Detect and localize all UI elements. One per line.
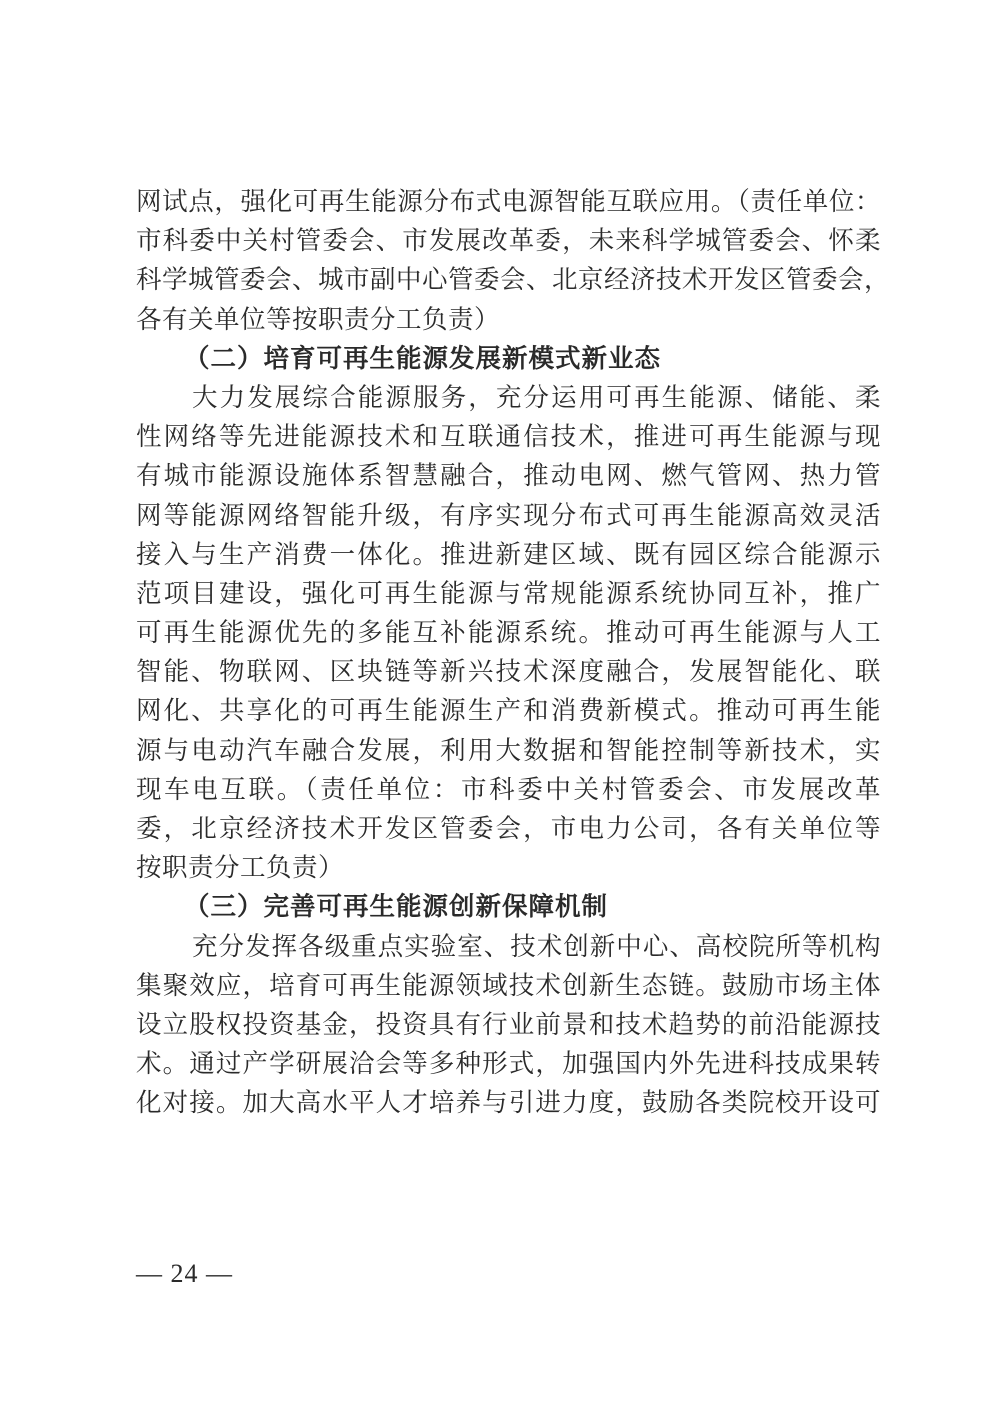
text-line: 网化、共享化的可再生能源生产和消费新模式。推动可再生能: [136, 692, 881, 731]
body-text: 网试点，强化可再生能源分布式电源智能互联应用。（责任单位： 市科委中关村管委会、…: [136, 183, 881, 1124]
text-line: 范项目建设，强化可再生能源与常规能源系统协同互补，推广: [136, 575, 881, 614]
text-line: 设立股权投资基金，投资具有行业前景和技术趋势的前沿能源技: [136, 1006, 881, 1045]
text-line: 可再生能源优先的多能互补能源系统。推动可再生能源与人工: [136, 614, 881, 653]
text-line: 智能、物联网、区块链等新兴技术深度融合，发展智能化、联: [136, 653, 881, 692]
text-line: 术。通过产学研展洽会等多种形式，加强国内外先进科技成果转: [136, 1045, 881, 1084]
text-line: 委，北京经济技术开发区管委会，市电力公司，各有关单位等: [136, 810, 881, 849]
document-page: 网试点，强化可再生能源分布式电源智能互联应用。（责任单位： 市科委中关村管委会、…: [0, 0, 1000, 1414]
text-line: 网试点，强化可再生能源分布式电源智能互联应用。（责任单位：: [136, 183, 881, 222]
text-line: 集聚效应，培育可再生能源领域技术创新生态链。鼓励市场主体: [136, 967, 881, 1006]
page-number: — 24 —: [136, 1259, 233, 1289]
text-line: 大力发展综合能源服务，充分运用可再生能源、储能、柔: [136, 379, 881, 418]
text-line: 接入与生产消费一体化。推进新建区域、既有园区综合能源示: [136, 536, 881, 575]
text-line: 市科委中关村管委会、市发展改革委，未来科学城管委会、怀柔: [136, 222, 881, 261]
text-line: 化对接。加大高水平人才培养与引进力度，鼓励各类院校开设可: [136, 1084, 881, 1123]
text-line: 有城市能源设施体系智慧融合，推动电网、燃气管网、热力管: [136, 457, 881, 496]
text-line: 充分发挥各级重点实验室、技术创新中心、高校院所等机构: [136, 928, 881, 967]
text-line: 性网络等先进能源技术和互联通信技术，推进可再生能源与现: [136, 418, 881, 457]
text-line: 现车电互联。（责任单位：市科委中关村管委会、市发展改革: [136, 771, 881, 810]
text-line: 源与电动汽车融合发展，利用大数据和智能控制等新技术，实: [136, 732, 881, 771]
section-heading-3: （三）完善可再生能源创新保障机制: [136, 888, 881, 927]
text-line: 各有关单位等按职责分工负责）: [136, 301, 881, 340]
text-line: 科学城管委会、城市副中心管委会、北京经济技术开发区管委会，: [136, 261, 881, 300]
text-line: 网等能源网络智能升级，有序实现分布式可再生能源高效灵活: [136, 497, 881, 536]
section-heading-2: （二）培育可再生能源发展新模式新业态: [136, 340, 881, 379]
text-line: 按职责分工负责）: [136, 849, 881, 888]
